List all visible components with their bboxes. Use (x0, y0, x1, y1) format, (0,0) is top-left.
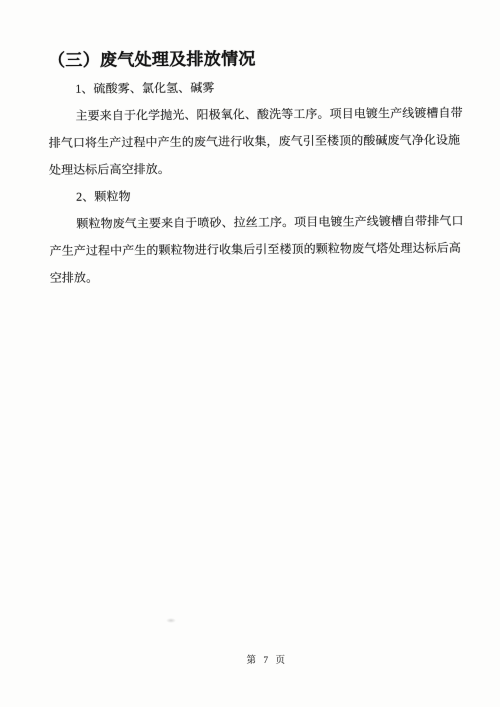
page-number: 第 7 页 (246, 656, 287, 666)
paragraph-1-line-1: 主要来自于化学抛光、阳极氧化、酸洗等工序。项目电镀生产线镀槽自带 (48, 100, 462, 130)
paragraph-2-line-1: 颗粒物废气主要来自于喷砂、拉丝工序。项目电镀生产线镀槽自带排气口 (49, 208, 463, 238)
page-footer: 第 7 页 (17, 652, 500, 666)
scan-artifact (166, 618, 176, 623)
paragraph-2-line-2: 产生产过程中产生的颗粒物进行收集后引至楼顶的颗粒物废气塔处理达标后高 (49, 235, 463, 265)
subsection-2-title: 2、颗粒物 (49, 181, 463, 211)
subsection-1-title: 1、硫酸雾、氯化氢、碱雾 (48, 73, 462, 103)
paragraph-1-line-3: 处理达标后高空排放。 (49, 154, 463, 184)
paragraph-2-line-3: 空排放。 (50, 262, 464, 292)
document-content: （三）废气处理及排放情况 1、硫酸雾、氯化氢、碱雾 主要来自于化学抛光、阳极氧化… (48, 48, 464, 292)
scanned-document-page: （三）废气处理及排放情况 1、硫酸雾、氯化氢、碱雾 主要来自于化学抛光、阳极氧化… (0, 0, 500, 707)
section-heading: （三）废气处理及排放情况 (48, 48, 462, 71)
paragraph-1-line-2: 排气口将生产过程中产生的废气进行收集，废气引至楼顶的酸碱废气净化设施 (49, 127, 463, 157)
